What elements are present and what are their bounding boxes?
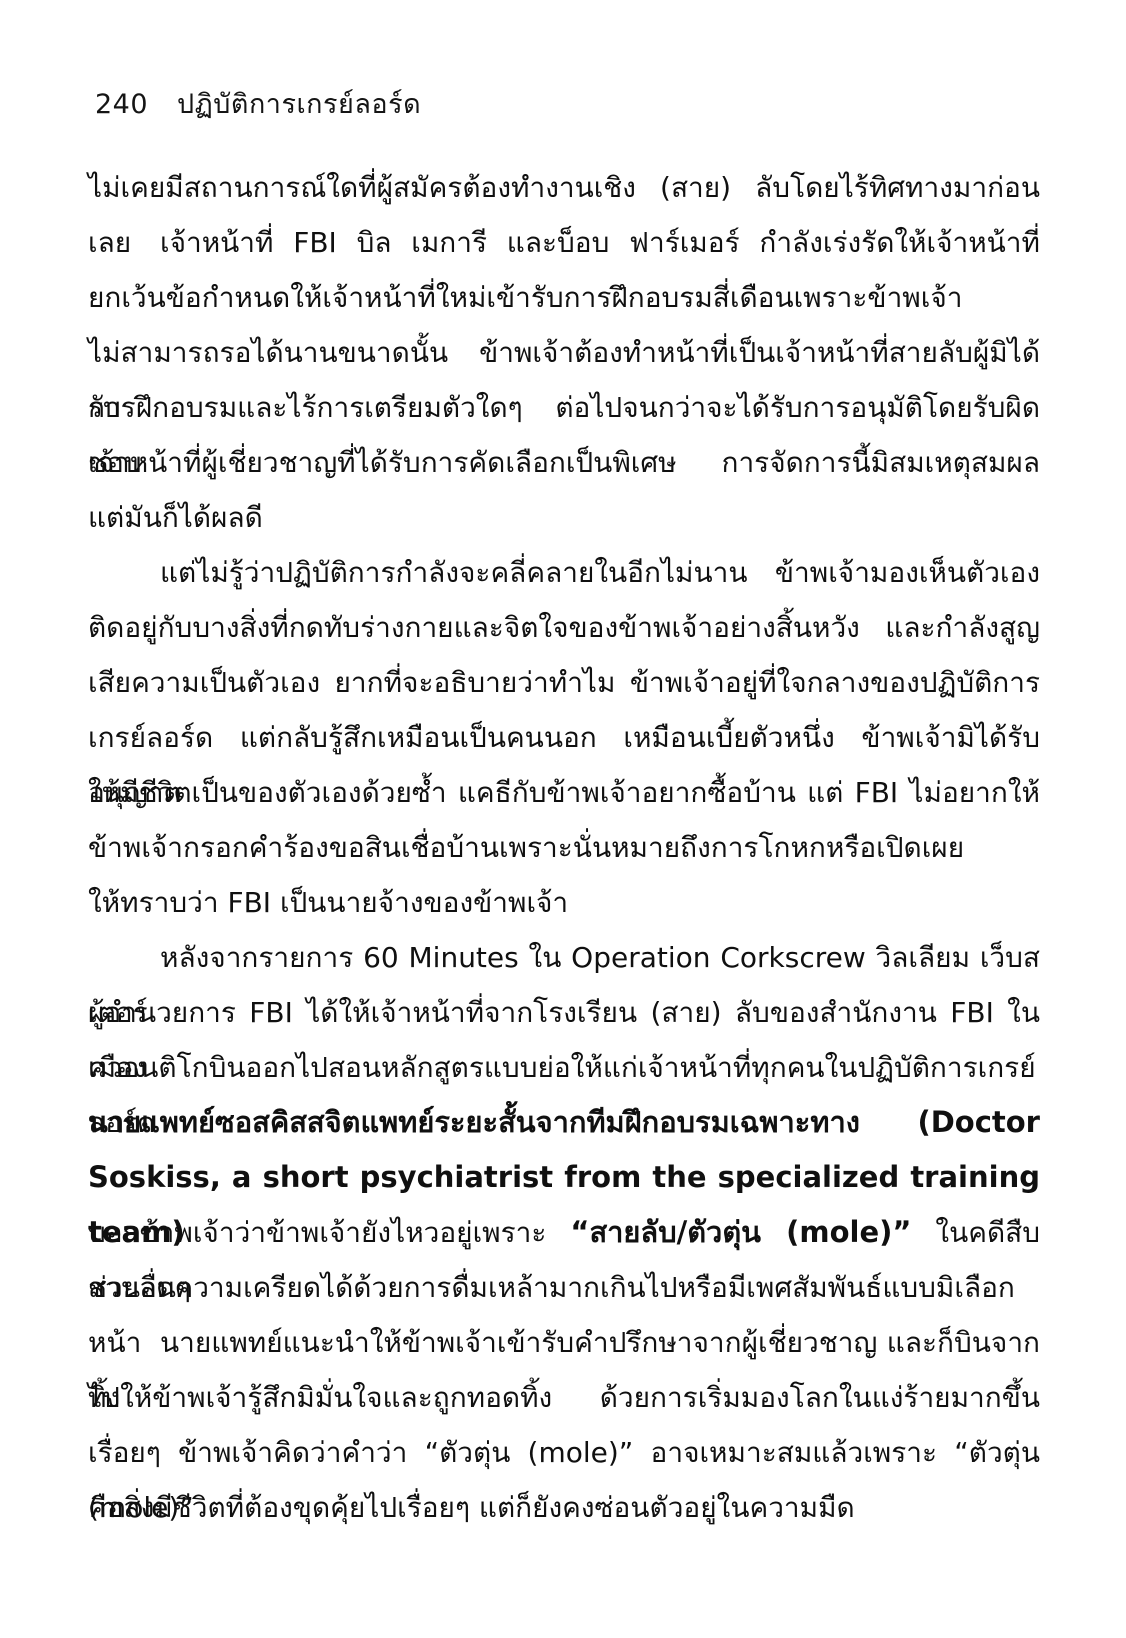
body-line: ให้ทราบว่า FBI เป็นนายจ้างของข้าพเจ้า	[88, 875, 1040, 930]
body-line: ยกเว้นข้อกำหนดให้เจ้าหน้าที่ใหม่เข้ารับก…	[88, 270, 1040, 325]
body-line: หลังจากรายการ 60 Minutes ใน Operation Co…	[88, 930, 1040, 985]
body-line: แต่ไม่รู้ว่าปฏิบัติการกำลังจะคลี่คลายในอ…	[88, 545, 1040, 600]
text-run: เจ้าหน้าที่ FBI บิล เมการี และบ็อบ ฟาร์เ…	[160, 226, 1040, 259]
body-line: ไม่เคยมีสถานการณ์ใดที่ผู้สมัครต้องทำงานเ…	[88, 160, 1040, 215]
body-line: เสียความเป็นตัวเอง ยากที่จะอธิบายว่าทำไม…	[88, 655, 1040, 710]
body-line: นายแพทย์ซอสคิสสจิตแพทย์ระยะสั้นจากทีมฝึก…	[88, 1095, 1040, 1150]
body-line: เจ้าหน้าที่ผู้เชี่ยวชาญที่ได้รับการคัดเล…	[88, 435, 1040, 490]
text-run: คือสิ่งมีชีวิตที่ต้องขุดคุ้ยไปเรื่อยๆ แต…	[88, 1491, 855, 1524]
body-line: ควอนติโกบินออกไปสอนหลักสูตรแบบย่อให้แก่เ…	[88, 1040, 1040, 1095]
page-body: ไม่เคยมีสถานการณ์ใดที่ผู้สมัครต้องทำงานเ…	[88, 160, 1040, 1535]
body-line: เจ้าหน้าที่ FBI บิล เมการี และบ็อบ ฟาร์เ…	[88, 215, 1040, 270]
body-line: การฝึกอบรมและไร้การเตรียมตัวใดๆ ต่อไปจนก…	[88, 380, 1040, 435]
text-run: เจ้าหน้าที่ผู้เชี่ยวชาญที่ได้รับการคัดเล…	[88, 446, 1040, 479]
text-run: ให้มีชีวิตเป็นของตัวเองด้วยซ้ำ แคธีกับข้…	[88, 776, 1040, 809]
book-page: 240 ปฏิบัติการเกรย์ลอร์ด ไม่เคยมีสถานการ…	[0, 0, 1126, 1638]
body-line: ผู้อำนวยการ FBI ได้ให้เจ้าหน้าที่จากโรงเ…	[88, 985, 1040, 1040]
text-run: แต่ไม่รู้ว่าปฏิบัติการกำลังจะคลี่คลายในอ…	[160, 556, 1040, 589]
text-run: บอกข้าพเจ้าว่าข้าพเจ้ายังไหวอยู่เพราะ	[88, 1216, 570, 1249]
body-line: เกรย์ลอร์ด แต่กลับรู้สึกเหมือนเป็นคนนอก …	[88, 710, 1040, 765]
body-line: คือสิ่งมีชีวิตที่ต้องขุดคุ้ยไปเรื่อยๆ แต…	[88, 1480, 1040, 1535]
running-title: ปฏิบัติการเกรย์ลอร์ด	[177, 82, 421, 125]
body-line: นายแพทย์แนะนำให้ข้าพเจ้าเข้ารับคำปรึกษาจ…	[88, 1315, 1040, 1370]
body-line: ไม่สามารถรอได้นานขนาดนั้น ข้าพเจ้าต้องทำ…	[88, 325, 1040, 380]
body-line: เรื่อยๆ ข้าพเจ้าคิดว่าคำว่า “ตัวตุ่น (mo…	[88, 1425, 1040, 1480]
text-run: ติดอยู่กับบางสิ่งที่กดทับร่างกายและจิตใจ…	[88, 611, 1040, 644]
bold-text-run: นายแพทย์ซอสคิสสจิตแพทย์ระยะสั้นจากทีมฝึก…	[88, 1105, 1040, 1139]
text-run: ทิ้งให้ข้าพเจ้ารู้สึกมิมั่นใจและถูกทอดทิ…	[88, 1381, 1040, 1414]
bold-text-run: “สายลับ/ตัวตุ่น (mole)”	[570, 1215, 911, 1249]
page-number: 240	[95, 89, 175, 120]
text-run: ข้าพเจ้ากรอกคำร้องขอสินเชื่อบ้านเพราะนั่…	[88, 831, 964, 864]
text-run: เสียความเป็นตัวเอง ยากที่จะอธิบายว่าทำไม…	[88, 666, 1040, 699]
body-line: ช่วยลดความเครียดได้ด้วยการดื่มเหล้ามากเก…	[88, 1260, 1040, 1315]
body-line: ทิ้งให้ข้าพเจ้ารู้สึกมิมั่นใจและถูกทอดทิ…	[88, 1370, 1040, 1425]
body-line: ติดอยู่กับบางสิ่งที่กดทับร่างกายและจิตใจ…	[88, 600, 1040, 655]
body-line: บอกข้าพเจ้าว่าข้าพเจ้ายังไหวอยู่เพราะ “ส…	[88, 1205, 1040, 1260]
body-line: Soskiss, a short psychiatrist from the s…	[88, 1150, 1040, 1205]
text-run: ให้ทราบว่า FBI เป็นนายจ้างของข้าพเจ้า	[88, 886, 568, 919]
text-run: ยกเว้นข้อกำหนดให้เจ้าหน้าที่ใหม่เข้ารับก…	[88, 281, 962, 314]
body-line: ให้มีชีวิตเป็นของตัวเองด้วยซ้ำ แคธีกับข้…	[88, 765, 1040, 820]
text-run: แต่มันก็ได้ผลดี	[88, 501, 263, 534]
body-line: แต่มันก็ได้ผลดี	[88, 490, 1040, 545]
running-header: 240 ปฏิบัติการเกรย์ลอร์ด	[95, 82, 1040, 125]
body-line: ข้าพเจ้ากรอกคำร้องขอสินเชื่อบ้านเพราะนั่…	[88, 820, 1040, 875]
